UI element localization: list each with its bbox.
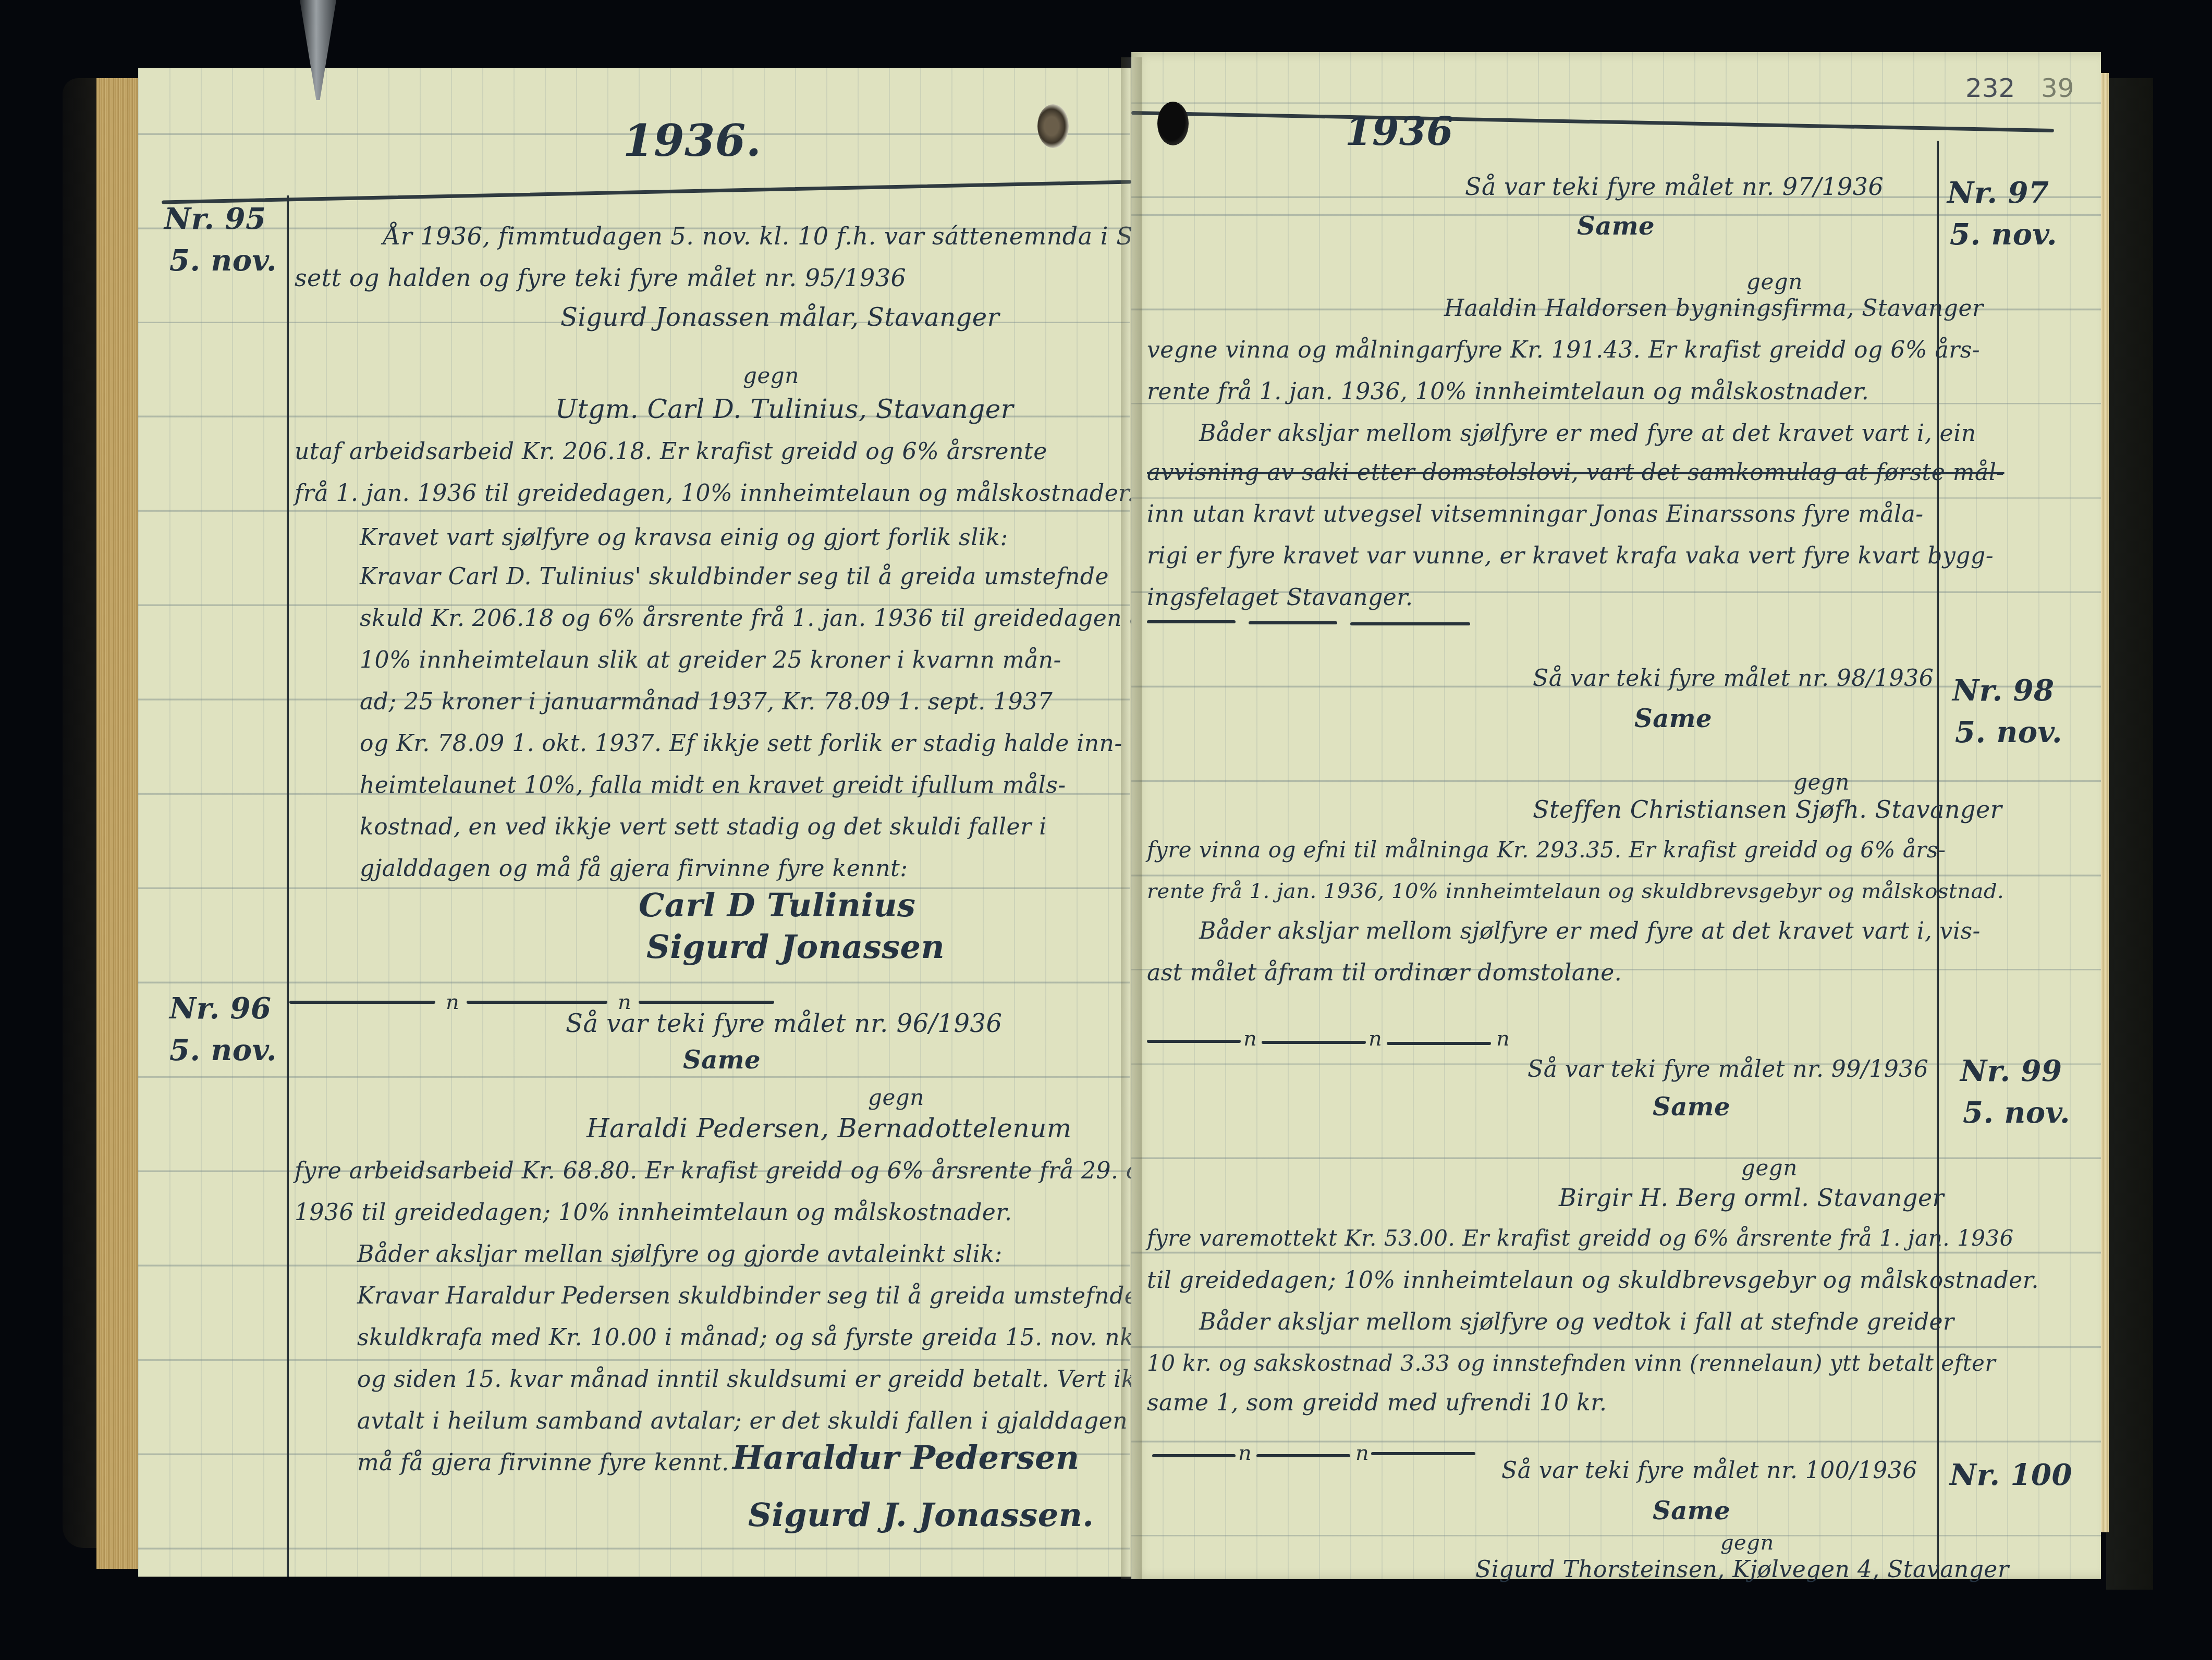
book-gutter: [1121, 57, 1142, 1579]
body-line: Båder aksljar mellom sjølfyre og vedtok …: [1199, 1311, 1954, 1334]
ditto-mark: n: [446, 990, 459, 1014]
body-line: Kravar Haraldur Pedersen skuldbinder seg…: [357, 1285, 1138, 1308]
plaintiff-name: Haaldin Haldorsen bygningsfirma, Stavang…: [1444, 297, 1984, 320]
ditto-mark: n: [1238, 1441, 1252, 1465]
adjacent-page-number: 39: [2041, 73, 2074, 103]
photo-background: 1936. Nr. 95 5. nov. År 1936, fimmtudage…: [0, 0, 2212, 1660]
body-line: skuld Kr. 206.18 og 6% årsrente frå 1. j…: [360, 607, 1158, 630]
signature-plaintiff: Sigurd Jonassen: [646, 928, 945, 966]
entry-date: 5. nov.: [169, 245, 277, 277]
body-line: fyre arbeidsarbeid Kr. 68.80. Er krafist…: [295, 1160, 1171, 1183]
clerk-mark: Same: [683, 1048, 761, 1073]
page-stack-left: [96, 78, 139, 1569]
entry-date: 5. nov.: [1955, 717, 2062, 749]
entry-opening-line: Så var teki fyre målet nr. 96/1936: [566, 1011, 1003, 1036]
right-page: 232 39 1936 Så var teki fyre målet nr. 9…: [1131, 52, 2101, 1579]
entry-number: Nr. 95: [164, 203, 266, 236]
separator-dash: [639, 1001, 774, 1004]
plaintiff-name: Haraldi Pedersen, Bernadottelenum: [586, 1115, 1072, 1141]
separator-dash: [289, 1001, 435, 1004]
body-line: kostnad, en ved ikkje vert sett stadig o…: [360, 816, 1047, 839]
separator-dash: [1350, 622, 1470, 625]
punch-hole: [1037, 104, 1069, 148]
header-rule: [1131, 111, 2054, 132]
body-line: til greidedagen; 10% innheimtelaun og sk…: [1147, 1269, 2039, 1292]
clerk-mark: Same: [1653, 1498, 1730, 1523]
entry-date: 5. nov.: [169, 1035, 277, 1067]
body-line: frå 1. jan. 1936 til greidedagen, 10% in…: [295, 482, 1134, 505]
entry-number: Nr. 98: [1952, 675, 2054, 707]
body-line: Båder aksljar mellom sjølfyre er med fyr…: [1199, 920, 1981, 943]
entry-opening-line: Så var teki fyre målet nr. 99/1936: [1527, 1058, 1928, 1081]
body-line-struck: avvisning av saki etter domstolslovi, va…: [1147, 461, 2005, 484]
plaintiff-name: Sigurd Jonassen målar, Stavanger: [560, 305, 999, 330]
separator-dash: [1249, 621, 1337, 624]
entry-number: Nr. 99: [1960, 1055, 2062, 1088]
page-number: 232: [1965, 73, 2015, 103]
entry-opening-line: Så var teki fyre målet nr. 100/1936: [1501, 1459, 1917, 1482]
body-line: rente frå 1. jan. 1936, 10% innheimtelau…: [1147, 380, 1869, 403]
body-line: må få gjera firvinne fyre kennt.: [357, 1452, 729, 1474]
body-line: same 1, som greidd med ufrendi 10 kr.: [1147, 1392, 1607, 1415]
body-line: skuldkrafa med Kr. 10.00 i månad; og så …: [357, 1326, 1142, 1349]
body-line: inn utan kravt utvegsel vitsemningar Jon…: [1147, 503, 1924, 526]
body-line: vegne vinna og målningarfyre Kr. 191.43.…: [1147, 339, 1980, 362]
entry-number: Nr. 100: [1950, 1459, 2072, 1492]
signature-defendant: Carl D Tulinius: [639, 886, 915, 924]
plaintiff-name: Birgir H. Berg orml. Stavanger: [1559, 1186, 1944, 1210]
ditto-mark: n: [1496, 1027, 1510, 1051]
body-line: avtalt i heilum samband avtalar; er det …: [357, 1410, 1164, 1433]
margin-line: [287, 195, 289, 1577]
body-line: Båder aksljar mellan sjølfyre og gjorde …: [357, 1243, 1003, 1266]
body-line: og Kr. 78.09 1. okt. 1937. Ef ikkje sett…: [360, 732, 1122, 755]
body-line: fyre varemottekt Kr. 53.00. Er krafist g…: [1147, 1227, 2014, 1249]
against-label: gegn: [1720, 1532, 1774, 1553]
entry-opening-line: Så var teki fyre målet nr. 97/1936: [1465, 175, 1884, 199]
body-line: rente frå 1. jan. 1936, 10% innheimtelau…: [1147, 881, 2004, 902]
separator-dash: [1256, 1454, 1350, 1457]
body-line: ad; 25 kroner i januarmånad 1937, Kr. 78…: [360, 691, 1053, 714]
body-line: Kravar Carl D. Tulinius' skuldbinder seg…: [360, 565, 1109, 588]
body-line: og siden 15. kvar månad inntil skuldsumi…: [357, 1368, 1171, 1391]
against-label: gegn: [1746, 271, 1803, 293]
clerk-mark: Same: [1653, 1095, 1730, 1120]
separator-dash: [1262, 1041, 1366, 1044]
entry-opening-line: sett og halden og fyre teki fyre målet n…: [295, 266, 906, 290]
body-line: ingsfelaget Stavanger.: [1147, 586, 1413, 609]
signature-plaintiff: Sigurd J. Jonassen.: [748, 1496, 1094, 1534]
separator-dash: [1371, 1452, 1475, 1455]
header-rule: [162, 180, 1131, 204]
separator-dash: [1387, 1042, 1491, 1045]
ditto-mark: n: [1243, 1027, 1257, 1051]
body-line: 10 kr. og sakskostnad 3.33 og innstefnde…: [1147, 1352, 1996, 1374]
body-line: 10% innheimtelaun slik at greider 25 kro…: [360, 649, 1061, 672]
entry-number: Nr. 96: [169, 993, 271, 1025]
signature-defendant: Haraldur Pedersen: [732, 1438, 1080, 1477]
body-line: 1936 til greidedagen; 10% innheimtelaun …: [295, 1201, 1012, 1224]
body-line: Båder aksljar mellom sjølfyre er med fyr…: [1199, 422, 1976, 445]
ditto-mark: n: [1368, 1027, 1382, 1051]
body-line: Kravet vart sjølfyre og kravsa einig og …: [360, 526, 1008, 549]
plaintiff-name: Steffen Christiansen Sjøfh. Stavanger: [1533, 797, 2002, 821]
separator-dash: [1147, 620, 1236, 623]
separator-dash: [1147, 1040, 1241, 1043]
against-label: gegn: [868, 1087, 924, 1109]
against-label: gegn: [1793, 771, 1850, 793]
body-line: ast målet åfram til ordinær domstolane.: [1147, 962, 1622, 985]
clerk-mark: Same: [1577, 214, 1655, 239]
book-cover-right-edge: [2106, 78, 2153, 1590]
body-line: heimtelaunet 10%, falla midt en kravet g…: [360, 774, 1066, 797]
year-heading: 1936: [1345, 109, 1453, 154]
year-heading: 1936.: [623, 115, 762, 166]
entry-opening-line: År 1936, fimmtudagen 5. nov. kl. 10 f.h.…: [383, 224, 1243, 248]
punch-hole: [1157, 102, 1189, 145]
clerk-mark: Same: [1634, 706, 1712, 731]
plaintiff-name: Sigurd Thorsteinsen, Kjølvegen 4, Stavan…: [1475, 1558, 2009, 1581]
body-line: rigi er fyre kravet var vunne, er kravet…: [1147, 545, 1994, 568]
ditto-mark: n: [1355, 1441, 1369, 1465]
body-line: fyre vinna og efni til målninga Kr. 293.…: [1147, 839, 1946, 861]
left-page: 1936. Nr. 95 5. nov. År 1936, fimmtudage…: [138, 68, 1131, 1577]
entry-opening-line: Så var teki fyre målet nr. 98/1936: [1533, 667, 1934, 690]
body-line: gjalddagen og må få gjera firvinne fyre …: [360, 857, 908, 880]
entry-date: 5. nov.: [1963, 1097, 2070, 1129]
entry-number: Nr. 97: [1947, 177, 2049, 210]
separator-dash: [1152, 1454, 1236, 1457]
defendant-name: Utgm. Carl D. Tulinius, Stavanger: [555, 396, 1013, 422]
entry-date: 5. nov.: [1950, 219, 2057, 251]
body-line: utaf arbeidsarbeid Kr. 206.18. Er krafis…: [295, 440, 1047, 463]
against-label: gegn: [1741, 1157, 1798, 1179]
against-label: gegn: [743, 365, 799, 387]
separator-dash: [467, 1001, 607, 1004]
